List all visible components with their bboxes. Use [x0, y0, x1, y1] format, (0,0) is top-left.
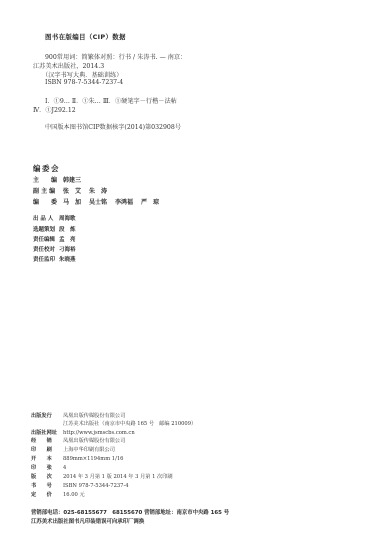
pub-sheets: 印 张4: [31, 464, 66, 471]
staff-proofreader: 责任校对刁海裕: [33, 245, 76, 253]
staff-publisher: 出 品 人周海歌: [33, 214, 76, 222]
staff-print-supervisor: 责任监印朱晓燕: [33, 255, 76, 263]
pub-website: 出版社网址http://www.jsmscbs.com.cn: [31, 429, 135, 436]
cip-line: （汉字书写大典．基础训练）: [42, 70, 122, 79]
pub-distributor: 出版发行凤凰出版传媒股份有限公司: [31, 412, 125, 419]
pub-printer: 印 刷上海中华印刷有限公司: [31, 446, 115, 453]
marketing-contact: 营销部电话：025-68155677 68155670 营销部地址：南京市中央路…: [31, 508, 229, 516]
editorial-board-title: 编委会: [33, 163, 60, 174]
pub-edition: 版 次2014 年 3 月第 1 版 2014 年 3 月第 1 次印刷: [31, 473, 173, 480]
editorial-row-members: 编 委马 加吴士铭李鸿福严 琼: [33, 197, 167, 206]
editorial-row-deputy: 副 主 编张 艾朱 涛: [33, 186, 115, 195]
print-error-notice: 江苏美术出版社图书凡印装错误可向承印厂调换: [31, 517, 144, 525]
pub-press: 江苏美术出版社（南京市中央路 165 号 邮编 210009）: [31, 420, 196, 427]
cip-isbn: ISBN 978-7-5344-7237-4: [45, 79, 123, 86]
cip-record-number: 中国版本图书馆CIP数据核字(2014)第032908号: [45, 122, 181, 131]
staff-editor: 责任编辑孟 亮: [33, 235, 76, 243]
staff-planner: 选题策划段 炼: [33, 225, 76, 233]
pub-seller: 经 销凤凰出版传媒股份有限公司: [31, 437, 125, 444]
editorial-row-chief: 主 编韩建三: [33, 175, 89, 184]
cip-line: 江苏美术出版社，2014.3: [33, 61, 104, 70]
cip-classification-number: Ⅳ．①J292.12: [33, 105, 76, 114]
cip-line: 900常用词：简繁体对照：行书 / 朱涛书. — 南京：: [45, 52, 186, 61]
cip-classification: Ⅰ．①9… Ⅱ．①朱… Ⅲ．①硬笔字－行楷－法帖: [45, 96, 177, 105]
cip-title: 图书在版编目（CIP）数据: [45, 32, 126, 41]
pub-format: 开 本889mm×1194mm 1/16: [31, 455, 123, 462]
pub-price: 定 价16.00 元: [31, 491, 85, 498]
pub-isbn: 书 号ISBN 978-7-5344-7237-4: [31, 482, 129, 489]
